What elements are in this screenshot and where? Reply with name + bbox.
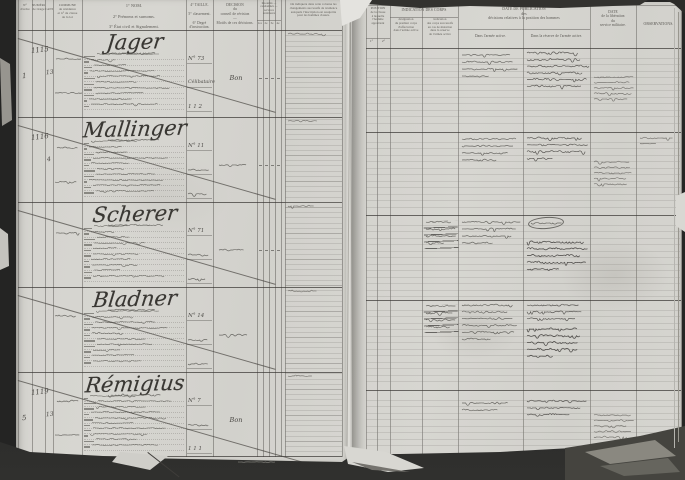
header-matricule-col: NUMÉRO de tirage (32, 3, 45, 29)
torn-paper-edge (0, 228, 9, 270)
record-entry: Rémigius 1119 5 13 N° 7 1 1 1 Bon (16, 372, 346, 456)
tally-dash (277, 250, 280, 251)
printed-label-smudge (84, 72, 88, 74)
handwriting (188, 361, 208, 371)
row-ruling (366, 304, 680, 387)
header-position-cell-1: 1° (366, 39, 377, 47)
printed-label-smudge (84, 244, 92, 246)
tally-dash (271, 78, 274, 79)
tirage-number: N° 71 (188, 228, 214, 234)
form-line (84, 276, 184, 282)
record-entry: Jager 1115 1 13 N° 73 Célibataire 1 1 2 … (16, 30, 346, 117)
handwriting (219, 162, 249, 172)
entry-underline (187, 405, 212, 406)
printed-label-smudge (84, 181, 87, 183)
handwritten-note (640, 135, 678, 149)
handwriting (55, 432, 81, 442)
printed-label-smudge (84, 233, 89, 235)
header-canton-col: CANTON (45, 8, 53, 28)
header-commune-col: COMMUNE de résidence et n° de classe de … (53, 3, 82, 29)
handwritten-annotation (594, 74, 634, 105)
entry-underline (187, 368, 212, 369)
scanned-register-spread: N° d'ordre NUMÉRO de tirage CANTON COMMU… (0, 0, 685, 480)
handwritten-paragraph (527, 239, 589, 276)
header-taille-col: 4° TAILLE. 5° classement. 6° Degré d'ins… (186, 3, 213, 29)
handwriting (55, 179, 81, 189)
handwriting (55, 313, 81, 323)
page-tab (676, 192, 685, 232)
form-line (84, 104, 184, 110)
tirage-number: N° 7 (188, 398, 214, 404)
service-row (352, 48, 682, 132)
header-dates-col: DATE DE PUBLICATION des décisions relati… (458, 7, 590, 27)
decision-value: Bon (215, 74, 257, 82)
handwriting (219, 247, 249, 257)
entry-underline (187, 111, 212, 112)
header-identity-col: 1° NOM. 2° Prénoms et surnoms. 3° État c… (82, 3, 186, 29)
printed-label-smudge (84, 335, 90, 337)
record-entry: Scherer N° 71 (16, 202, 346, 287)
handwritten-paragraph (527, 326, 589, 363)
printed-label-smudge (84, 89, 92, 91)
handwriting (55, 90, 83, 100)
printed-label-smudge (84, 261, 89, 263)
header-position-cell-2: 2° (377, 39, 390, 47)
entry-underline (187, 235, 212, 236)
printed-label-smudge (84, 340, 95, 342)
page-stack-edge (674, 8, 675, 448)
canton-number: 13 (46, 69, 54, 77)
printed-label-smudge (84, 329, 90, 331)
printed-label-smudge (84, 425, 90, 427)
handwritten-annotation (594, 159, 634, 190)
handwriting (188, 276, 208, 286)
form-line (84, 361, 184, 367)
handwritten-paragraph (462, 52, 520, 83)
record-entry: Bladner N° 14 (16, 287, 346, 372)
service-row (352, 300, 682, 390)
tally-dash (277, 165, 280, 166)
torn-paper-edge (0, 58, 12, 126)
handwriting (56, 230, 80, 240)
handwritten-paragraph (527, 398, 589, 421)
handwritten-note (288, 118, 320, 128)
handwritten-paragraph (527, 302, 589, 325)
printed-label-smudge (84, 362, 91, 364)
printer-imprint (238, 459, 282, 469)
strikethrough-marks (424, 304, 459, 333)
header-liberation-col: DATE de la libération du service militai… (590, 10, 636, 42)
printed-label-smudge (84, 414, 89, 416)
tirage-number: N° 73 (188, 56, 214, 62)
handwriting (188, 191, 208, 201)
tally-dash (265, 78, 268, 79)
handwritten-paragraph (462, 400, 520, 417)
handwritten-paragraph (462, 302, 520, 346)
record-entry: Mallinger 1116 4 N° 11 (16, 117, 346, 202)
tally-dash (271, 165, 274, 166)
header-corps-sub1: désignation du premier corps d'affectati… (390, 18, 422, 47)
printed-label-smudge (84, 159, 91, 161)
dates-subrow-rule (458, 29, 590, 30)
printed-label-smudge (84, 357, 90, 359)
right-page: POSITION de la classe à laquelle l'homme… (352, 2, 682, 458)
canton-number: 13 (46, 411, 54, 419)
tirage-number: N° 11 (188, 143, 214, 149)
handwritten-note (288, 203, 318, 213)
entry-underline (187, 283, 212, 284)
page-fold-shadow (352, 2, 366, 458)
form-line (84, 445, 184, 451)
printed-label-smudge (84, 187, 91, 189)
entry-underline (187, 320, 212, 321)
marks-subrow-rule (257, 20, 281, 21)
handwriting (57, 398, 81, 408)
tally-dash (259, 78, 262, 79)
instruction-degree: 1 1 2 (188, 104, 214, 110)
printed-label-smudge (84, 100, 87, 102)
tally-dash (265, 165, 268, 166)
service-row (352, 132, 682, 215)
handwritten-paragraph (462, 219, 520, 250)
handwriting (57, 145, 81, 155)
entry-underline (187, 453, 212, 454)
printed-label-smudge (84, 165, 89, 167)
tally-dash (265, 250, 268, 251)
etat-civil: Célibataire (188, 80, 214, 85)
printed-label-smudge (84, 266, 90, 268)
service-row (352, 215, 682, 300)
printed-label-smudge (84, 192, 94, 194)
position-subrow-rule (366, 38, 390, 39)
tally-dash (259, 165, 262, 166)
entry-underline (187, 150, 212, 151)
corps-subrow-rule (390, 17, 458, 18)
handwritten-note (288, 373, 316, 383)
strikethrough-marks (424, 220, 459, 249)
decision-value: Bon (215, 416, 257, 424)
printed-label-smudge (84, 272, 92, 274)
header-position-col: POSITION de la classe à laquelle l'homme… (366, 7, 390, 37)
form-line (84, 191, 184, 197)
printed-label-smudge (84, 106, 89, 108)
handwritten-paragraph (527, 135, 589, 165)
handwritten-paragraph (462, 136, 520, 167)
printed-label-smudge (84, 250, 91, 252)
header-dates-sub2: Dans la réserve de l'armée active. (523, 34, 590, 44)
left-page: N° d'ordre NUMÉRO de tirage CANTON COMMU… (16, 0, 346, 462)
header-order-col: N° d'ordre (18, 3, 32, 29)
printed-label-smudge (84, 435, 88, 437)
printed-label-smudge (84, 351, 91, 353)
header-decision-col: DÉCISION du conseil de révision — Motifs… (213, 3, 257, 29)
printed-label-smudge (84, 255, 91, 257)
printed-label-smudge (84, 446, 90, 448)
header-corps-sub2: indication des corps successifs en cas d… (422, 18, 458, 47)
handwritten-note (288, 31, 328, 41)
canton-number: 4 (47, 156, 52, 163)
header-notes-col: On indiquera dans cette colonne les chan… (285, 3, 342, 29)
order-number: 5 (22, 414, 27, 422)
tally-dash (277, 78, 280, 79)
printed-label-smudge (84, 277, 91, 279)
entry-underline (187, 198, 212, 199)
printed-label-smudge (84, 84, 94, 86)
printed-label-smudge (84, 78, 95, 80)
printed-label-smudge (84, 170, 95, 172)
tirage-number: N° 14 (188, 313, 214, 319)
handwriting (56, 56, 82, 66)
printed-label-smudge (84, 318, 90, 320)
row-ruling (366, 219, 680, 297)
tally-dash (271, 250, 274, 251)
header-corps-col: INDICATION DES CORPS (390, 8, 458, 16)
order-number: 1 (22, 72, 27, 80)
handwritten-paragraph (527, 50, 589, 93)
instruction-degree: 1 1 1 (188, 446, 214, 452)
entry-underline (187, 63, 212, 64)
header-dates-sub1: Dans l'armée active. (458, 34, 523, 44)
handwriting (219, 332, 249, 342)
printed-label-smudge (84, 148, 87, 150)
tally-dash (259, 250, 262, 251)
handwritten-note (288, 288, 320, 298)
printed-label-smudge (84, 61, 89, 63)
